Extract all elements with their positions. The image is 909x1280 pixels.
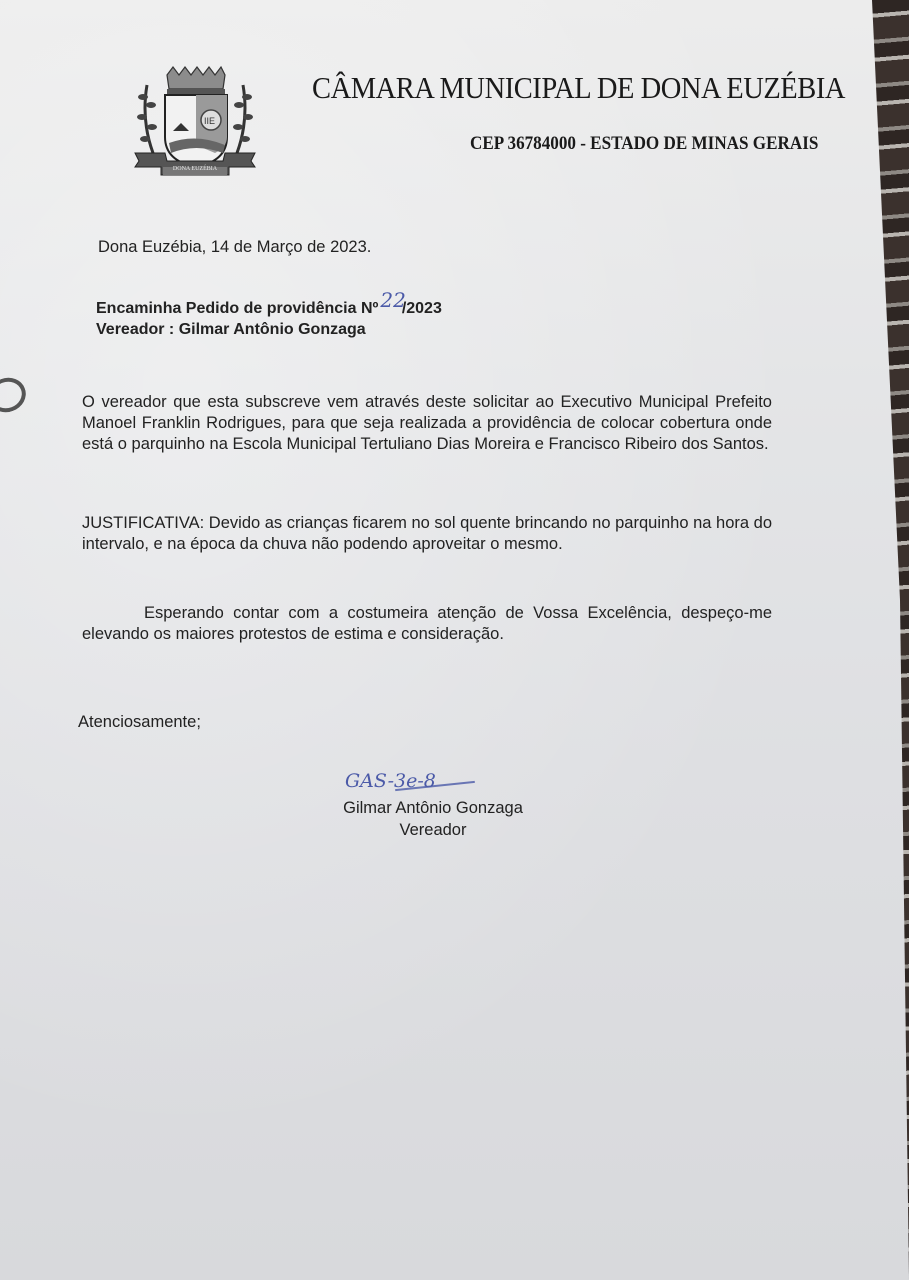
body-paragraph: O vereador que esta subscreve vem atravé… xyxy=(82,392,772,455)
place-date: Dona Euzébia, 14 de Março de 2023. xyxy=(98,238,371,257)
sign-off: Atenciosamente; xyxy=(78,713,201,732)
subject-suffix: /2023 xyxy=(402,300,442,317)
coat-of-arms-icon: IIE xyxy=(133,65,257,177)
institution-address: CEP 36784000 - ESTADO DE MINAS GERAIS xyxy=(470,133,818,155)
signer-role: Vereador xyxy=(323,819,543,841)
signer-name: Gilmar Antônio Gonzaga xyxy=(323,797,543,819)
svg-text:IIE: IIE xyxy=(204,116,215,126)
subject-block: Encaminha Pedido de providência Nº22/202… xyxy=(96,296,442,340)
handwritten-number: 22 xyxy=(380,290,405,311)
subject-line: Encaminha Pedido de providência Nº22/202… xyxy=(96,296,442,319)
subject-prefix: Encaminha Pedido de providência Nº xyxy=(96,300,378,317)
crest-label: DONA EUZÉBIA xyxy=(163,166,227,172)
closing-paragraph: Esperando contar com a costumeira atençã… xyxy=(82,603,772,645)
justification-paragraph: JUSTIFICATIVA: Devido as crianças ficare… xyxy=(82,513,772,555)
councilor-line: Vereador : Gilmar Antônio Gonzaga xyxy=(96,319,442,340)
institution-title: CÂMARA MUNICIPAL DE DONA EUZÉBIA xyxy=(312,70,845,106)
signer-block: Gilmar Antônio Gonzaga Vereador xyxy=(323,797,543,841)
handwritten-signature: GAS-3e-8 xyxy=(345,770,436,792)
